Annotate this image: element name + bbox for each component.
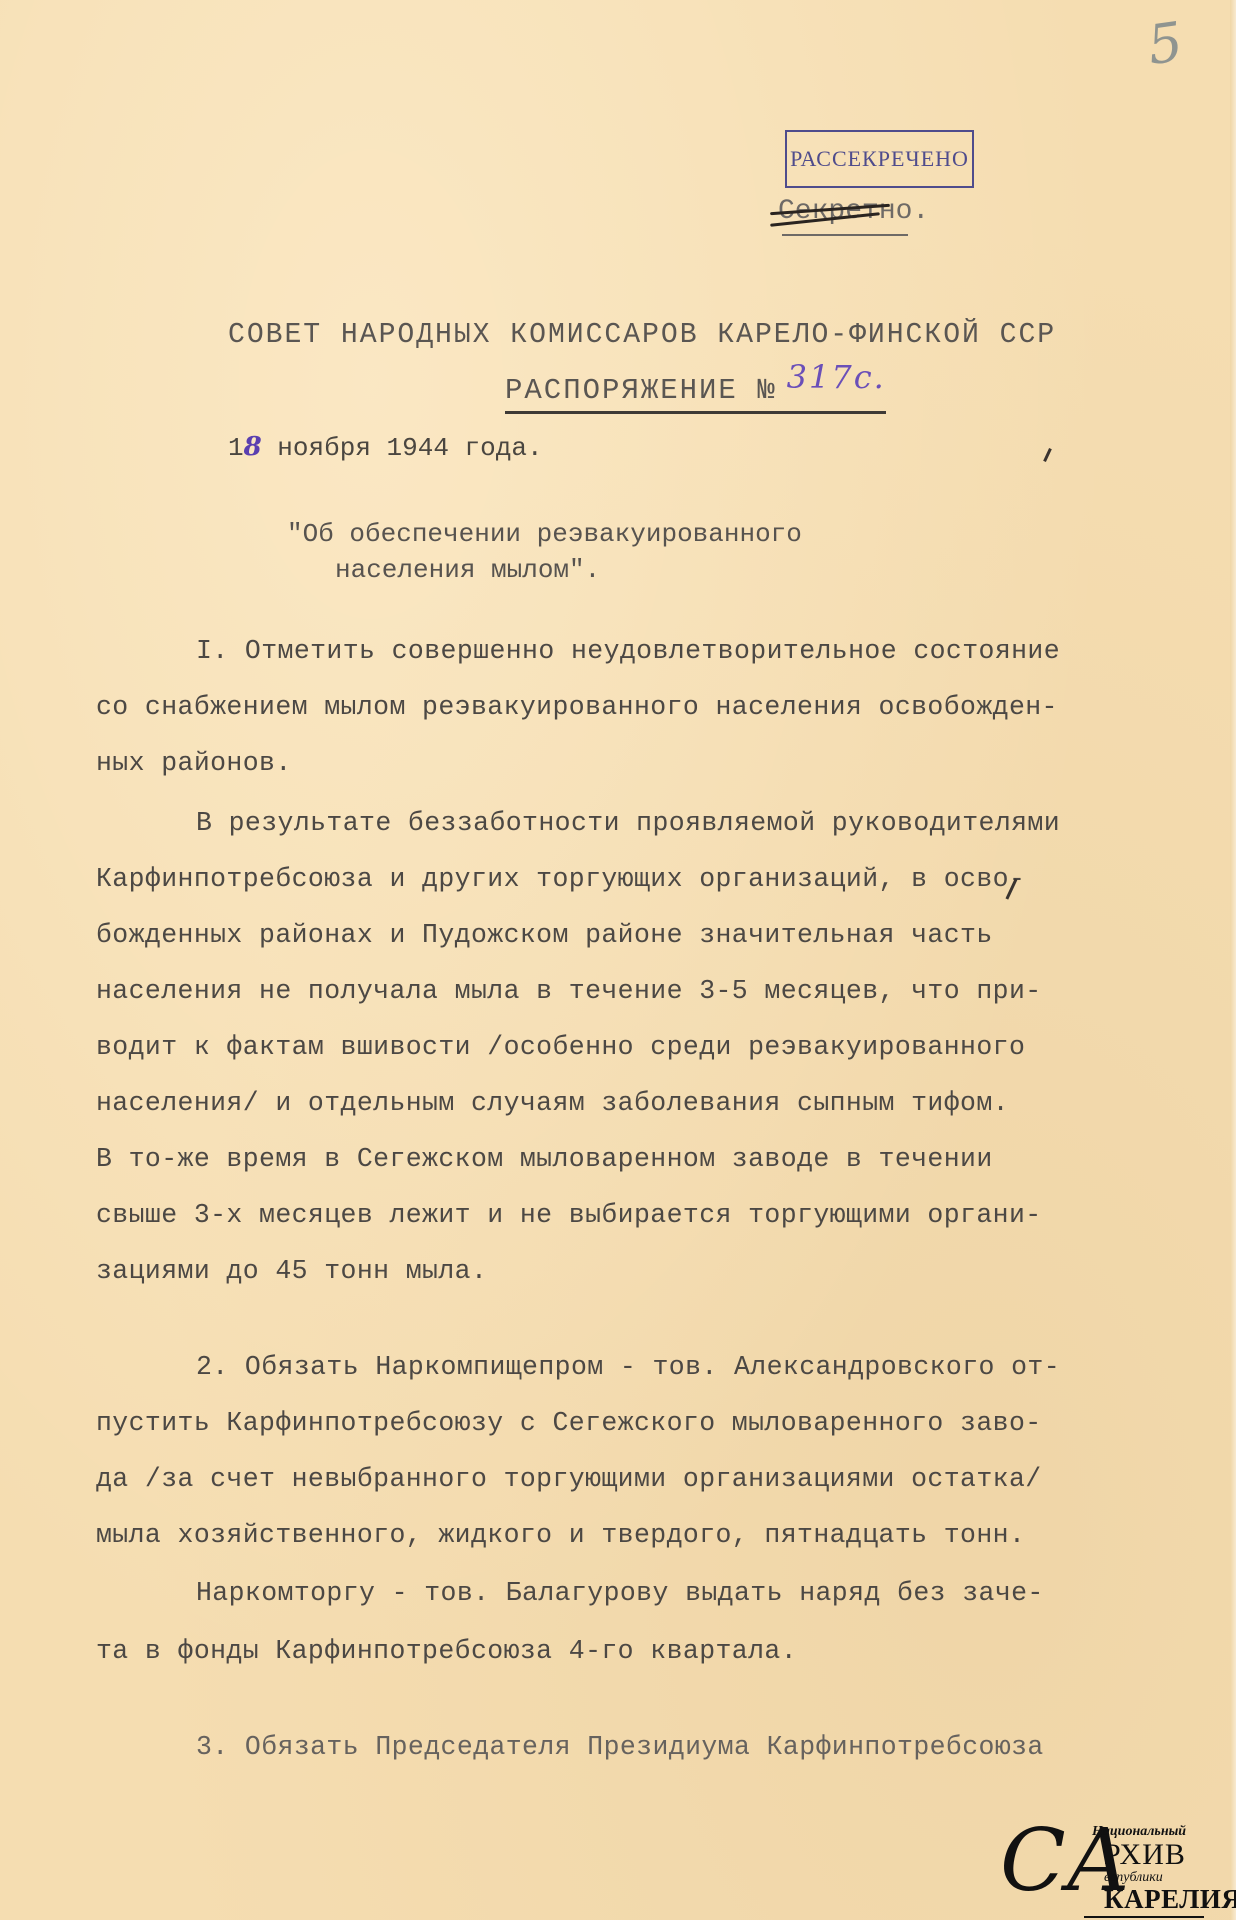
logo-quill-rule: [1084, 1916, 1204, 1918]
order-title: "Об обеспечении реэвакуированного населе…: [287, 516, 802, 588]
body-line: свыше 3-х месяцев лежит и не выбирается …: [96, 1200, 1042, 1230]
folio-number: 5: [1144, 10, 1187, 77]
order-number-handwritten: 317с.: [787, 358, 886, 396]
body-line: В то-же время в Сегежском мыловаренном з…: [96, 1144, 993, 1174]
body-line: населения не получала мыла в течение 3-5…: [96, 976, 1042, 1006]
struck-classification: Секретно.: [778, 196, 929, 227]
declassified-stamp: РАССЕКРЕЧЕНО: [785, 130, 974, 188]
body-line: ных районов.: [96, 748, 292, 778]
logo-line-archive: РХИВ: [1104, 1838, 1186, 1872]
underline: [782, 234, 908, 236]
title-line: "Об обеспечении реэвакуированного: [287, 516, 802, 552]
page-edge: [1230, 0, 1236, 1920]
body-line: Наркомторгу - тов. Балагурову выдать нар…: [196, 1578, 1044, 1608]
body-line: В результате беззаботности проявляемой р…: [196, 808, 1060, 838]
body-line: со снабжением мылом реэвакуированного на…: [96, 692, 1058, 722]
stamp-text: РАССЕКРЕЧЕНО: [790, 146, 969, 172]
order-heading: РАСПОРЯЖЕНИЕ №317с.: [505, 368, 886, 414]
issuer-heading: СОВЕТ НАРОДНЫХ КОМИССАРОВ КАРЕЛО-ФИНСКОЙ…: [228, 318, 1056, 351]
body-line: та в фонды Карфинпотребсоюза 4-го кварта…: [96, 1636, 797, 1666]
date-day-handwritten: 8: [244, 432, 262, 462]
body-line: I. Отметить совершенно неудовлетворитель…: [196, 636, 1060, 666]
body-line: божденных районах и Пудожском районе зна…: [96, 920, 993, 950]
archive-logo: СА Национальный РХИВ еспублики КАРЕЛИЯ: [1000, 1808, 1230, 1916]
logo-line-karelia: КАРЕЛИЯ: [1104, 1884, 1236, 1915]
body-line: Карфинпотребсоюза и других торгующих орг…: [96, 864, 1025, 894]
body-line: 3. Обязать Председателя Президиума Карфи…: [196, 1732, 1044, 1762]
body-line: водит к фактам вшивости /особенно среди …: [96, 1032, 1025, 1062]
body-line: мыла хозяйственного, жидкого и твердого,…: [96, 1520, 1025, 1550]
date-day-typed: 1: [228, 433, 244, 463]
body-line: населения/ и отдельным случаям заболеван…: [96, 1088, 1009, 1118]
body-line: зациями до 45 тонн мыла.: [96, 1256, 487, 1286]
order-label: РАСПОРЯЖЕНИЕ №: [505, 374, 777, 407]
body-line: 2. Обязать Наркомпищепром - тов. Алексан…: [196, 1352, 1060, 1382]
body-line: пустить Карфинпотребсоюзу с Сегежского м…: [96, 1408, 1042, 1438]
body-line: да /за счет невыбранного торгующими орга…: [96, 1464, 1042, 1494]
document-date: 18 ноября 1944 года.: [228, 432, 543, 463]
document-page: 5 РАССЕКРЕЧЕНО Секретно. СОВЕТ НАРОДНЫХ …: [0, 0, 1236, 1920]
pen-mark: [1043, 448, 1052, 462]
title-line: населения мылом".: [287, 552, 802, 588]
date-rest: ноября 1944 года.: [262, 433, 543, 463]
